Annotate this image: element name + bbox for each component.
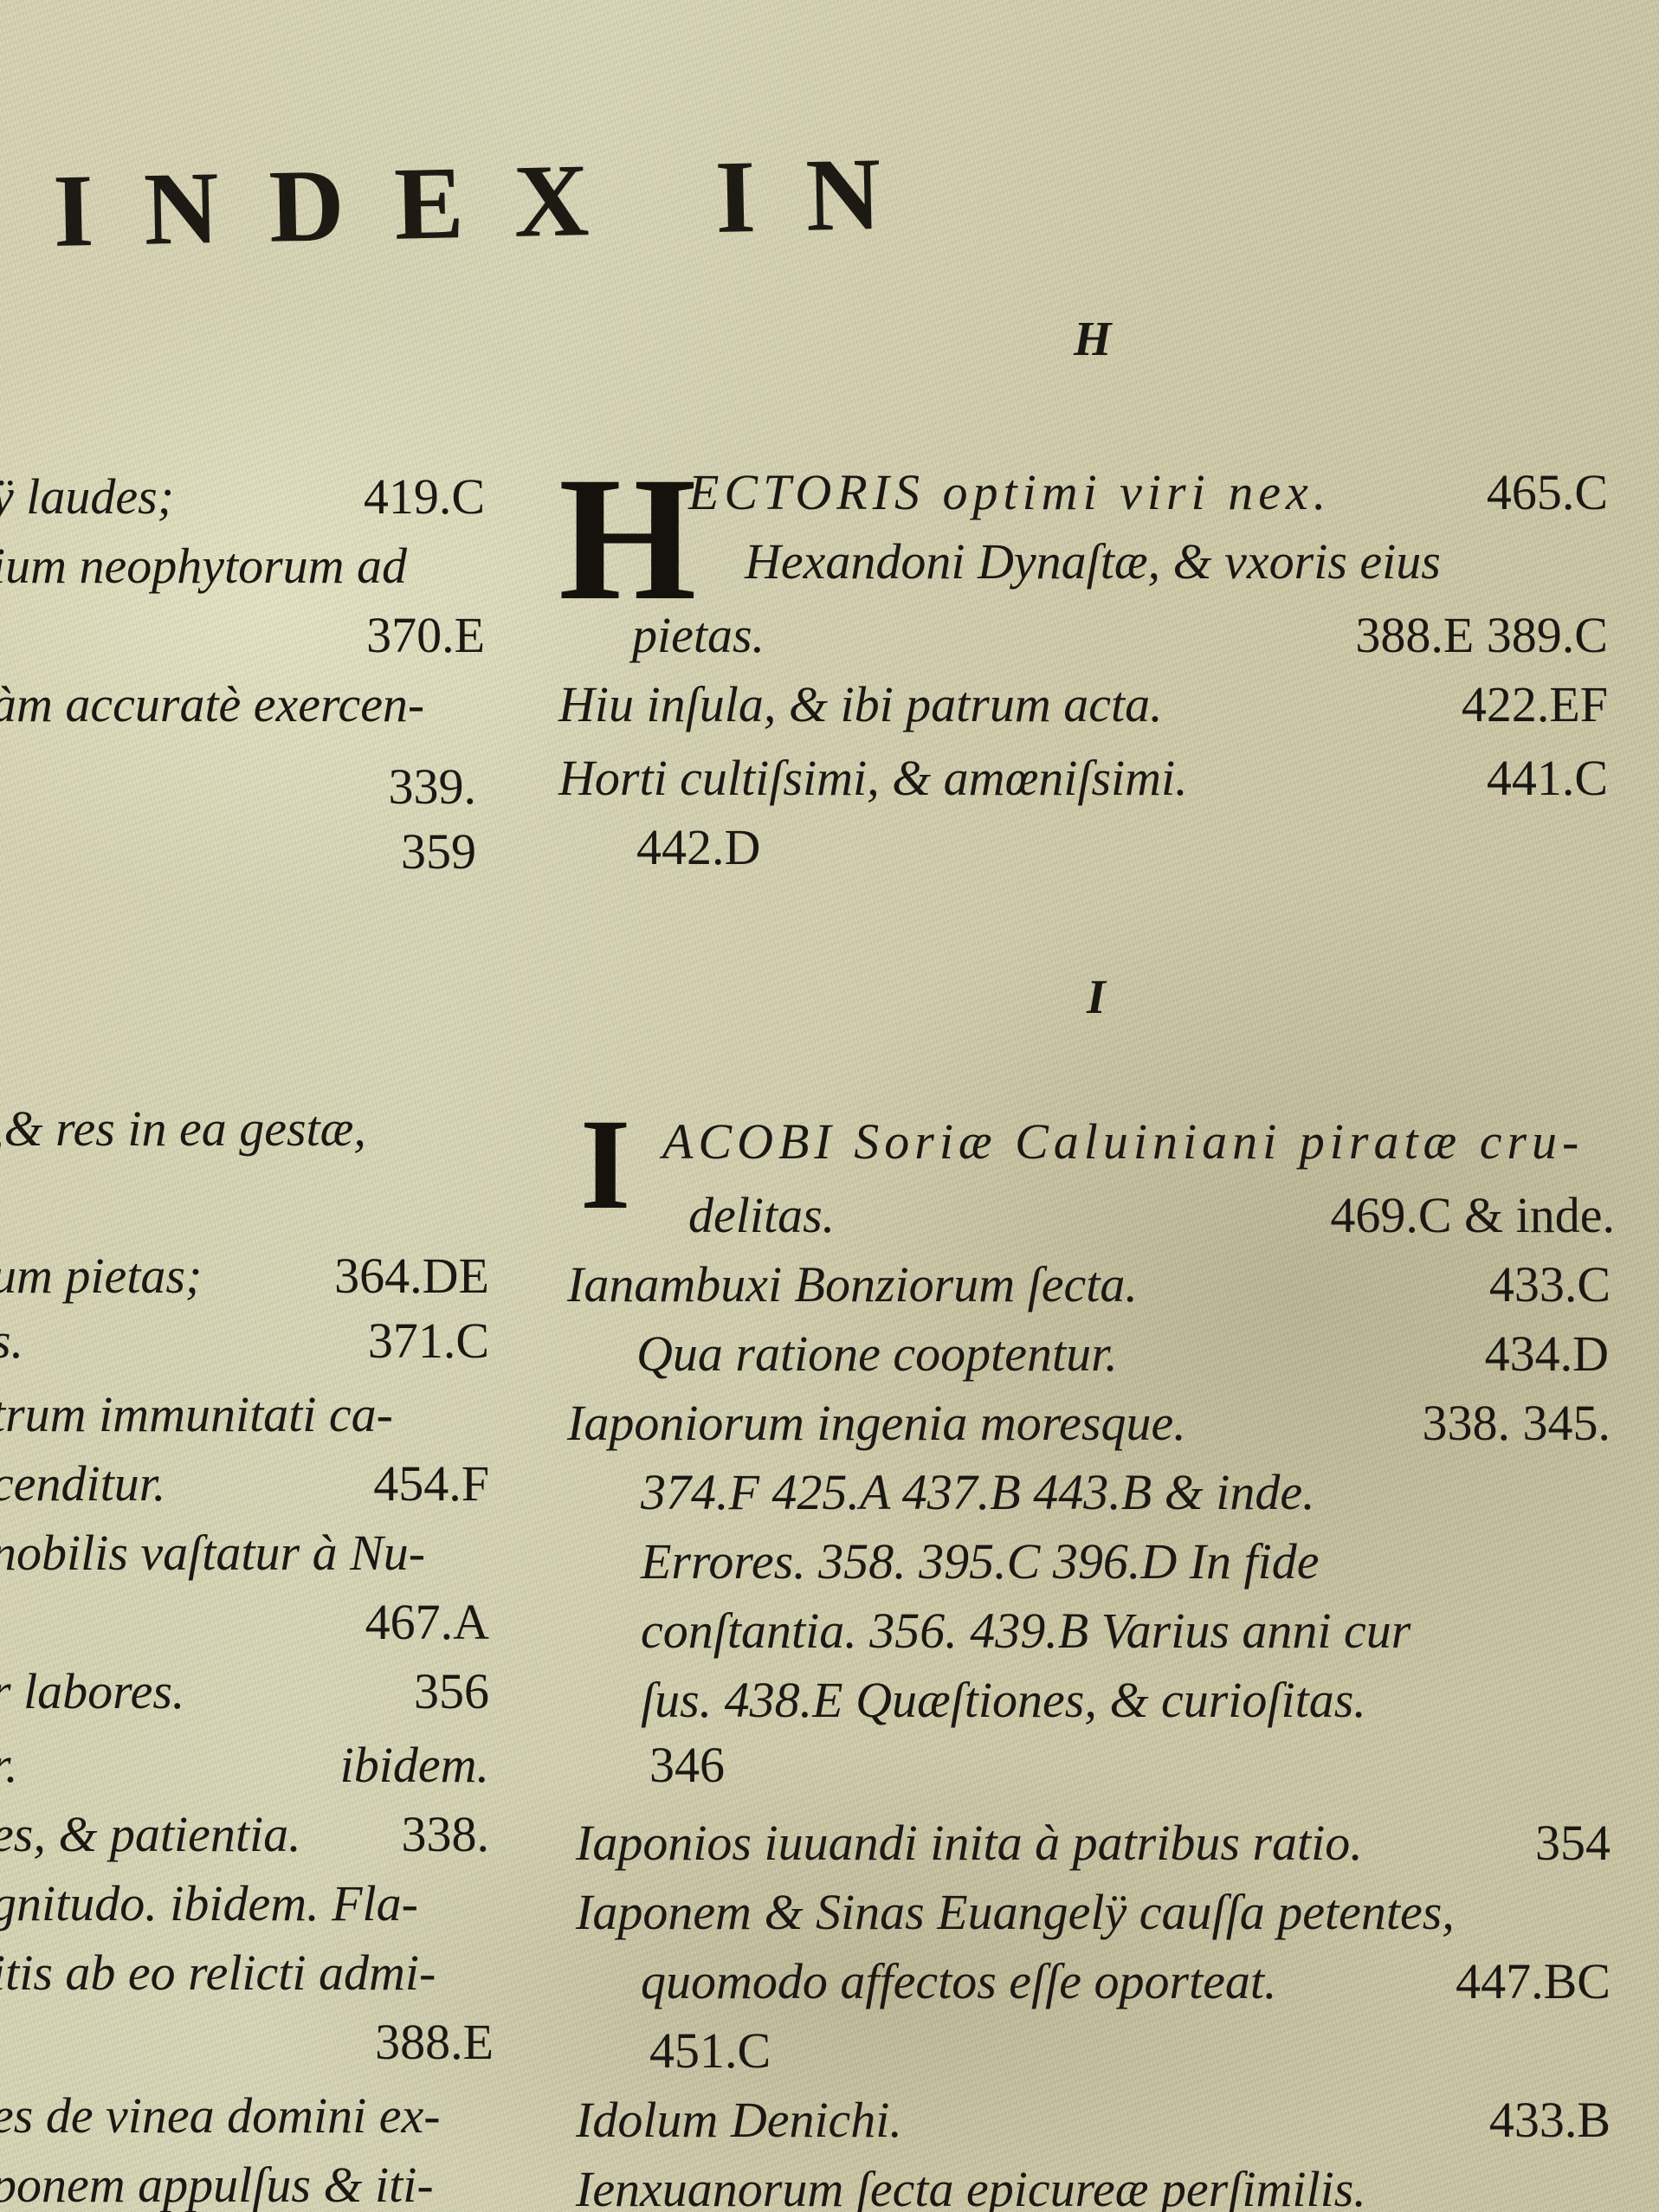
index-line: Iaponiorum ingenia moresque. 338. 345.: [567, 1398, 1611, 1448]
page-ref: 467.A: [365, 1594, 489, 1650]
index-line: es de vinea domini ex-: [0, 2091, 494, 2141]
entry-text: quomodo affectos eſſe oporteat.: [641, 1953, 1277, 2009]
entry-text: pietas.: [632, 607, 765, 663]
index-line: itis ab eo relicti admi-: [0, 1948, 489, 1998]
index-line: 467.A: [0, 1597, 489, 1648]
page-ref: 447.BC: [1456, 1957, 1611, 2007]
section-heading-i: I: [1087, 970, 1106, 1025]
index-line: quomodo affectos eſſe oporteat. 447.BC: [641, 1957, 1611, 2007]
entry-text: ium neophytorum ad: [0, 538, 407, 594]
entry-text: ,& res in ea gestæ,: [0, 1100, 366, 1157]
entry-text: Iaponiorum ingenia moresque.: [567, 1395, 1186, 1451]
index-line: Idolum Denichi. 433.B: [576, 2095, 1611, 2145]
entry-text: es, & patientia.: [0, 1806, 301, 1862]
index-line: Hexandoni Dynaſtæ, & vxoris eius: [745, 537, 1611, 587]
entry-text: Hiu inſula, & ibi patrum acta.: [558, 676, 1163, 732]
index-line: r labores. 356: [0, 1667, 489, 1717]
entry-text: Ianambuxi Bonziorum ſecta.: [567, 1256, 1138, 1312]
index-line: 346: [649, 1740, 909, 1790]
entry-text: ÿ laudes;: [0, 468, 174, 525]
index-line: Hiu inſula, & ibi patrum acta. 422.EF: [558, 680, 1608, 730]
entry-text: Iaponem & Sinas Euangelÿ cauſſa petentes…: [576, 1884, 1455, 1940]
page-ref: 451.C: [649, 2022, 771, 2079]
entry-text: cenditur.: [0, 1455, 165, 1512]
entry-text: gnitudo. ibidem. Fla-: [0, 1875, 418, 1931]
page-ref: 339.: [389, 758, 477, 815]
page-ref: 364.DE: [334, 1251, 489, 1301]
page-ref: 433.B: [1489, 2095, 1611, 2145]
index-line: Qua ratione cooptentur. 434.D: [636, 1329, 1609, 1379]
index-line: Horti cultiſsimi, & amœniſsimi. 441.C: [558, 753, 1608, 803]
page-ref: 419.C: [364, 472, 485, 522]
index-line: 339.: [0, 762, 476, 812]
index-line: 374.F 425.A 437.B 443.B & inde.: [641, 1467, 1611, 1518]
dropcap-i: I: [580, 1100, 630, 1229]
page-ref: 465.C: [1487, 464, 1608, 520]
entry-text: es de vinea domini ex-: [0, 2087, 441, 2144]
page-ref: 441.C: [1487, 753, 1608, 803]
index-line: pietas. 388.E 389.C: [632, 610, 1608, 661]
index-line: ACOBI Soriæ Caluiniani piratæ cru-: [662, 1117, 1615, 1167]
page-ref: 371.C: [368, 1316, 489, 1366]
entry-text: s.: [0, 1312, 23, 1369]
index-line: Iaponios iuuandi inita à patribus ratio.…: [576, 1818, 1611, 1868]
entry-text: Idolum Denichi.: [576, 2092, 902, 2148]
index-line: gnitudo. ibidem. Fla-: [0, 1879, 489, 1929]
entry-text: r labores.: [0, 1663, 184, 1719]
entry-text: ponem appulſus & iti-: [0, 2157, 434, 2212]
index-line: 359: [0, 827, 476, 877]
entry-text: ACOBI Soriæ Caluiniani piratæ cru-: [662, 1113, 1584, 1170]
entry-text: 374.F 425.A 437.B 443.B & inde.: [641, 1464, 1315, 1520]
entry-text: r.: [0, 1737, 18, 1793]
entry-text: trum immunitati ca-: [0, 1386, 393, 1442]
index-line: 451.C: [649, 2026, 909, 2076]
page-ref: 442.D: [636, 819, 760, 875]
entry-text: Qua ratione cooptentur.: [636, 1325, 1118, 1382]
index-line: trum immunitati ca-: [0, 1390, 489, 1440]
index-line: delitas. 469.C & inde.: [688, 1190, 1615, 1241]
page-ref: 359: [401, 823, 476, 880]
index-line: 370.E: [0, 610, 485, 661]
index-line: Ianambuxi Bonziorum ſecta. 433.C: [567, 1260, 1611, 1310]
index-line: Ienxuanorum ſecta epicureæ perſimilis.: [576, 2164, 1611, 2212]
index-line: conſtantia. 356. 439.B Varius anni cur: [641, 1606, 1611, 1656]
entry-text: nobilis vaſtatur à Nu-: [0, 1525, 425, 1581]
index-line: cenditur. 454.F: [0, 1459, 489, 1509]
page-ref: 338. 345.: [1423, 1398, 1611, 1448]
index-line: Errores. 358. 395.C 396.D In fide: [641, 1537, 1611, 1587]
page-ref: 354: [1535, 1818, 1611, 1868]
page-ref: 338.: [402, 1809, 490, 1860]
entry-text: delitas.: [688, 1187, 835, 1243]
book-page: INDEX IN ÿ laudes; 419.C ium neophytorum…: [0, 0, 1659, 2212]
index-line: ſus. 438.E Quæſtiones, & curioſitas.: [641, 1675, 1611, 1725]
entry-text: um pietas;: [0, 1248, 202, 1304]
entry-text: itis ab eo relicti admi-: [0, 1944, 436, 2001]
index-line: r. ibidem.: [0, 1740, 489, 1790]
entry-text: Iaponios iuuandi inita à patribus ratio.: [576, 1815, 1363, 1871]
page-ref: 346: [649, 1737, 725, 1793]
page-ref: 388.E 389.C: [1355, 610, 1608, 661]
index-line: 388.E: [0, 2017, 494, 2067]
index-line: s. 371.C: [0, 1316, 489, 1366]
index-line: nobilis vaſtatur à Nu-: [0, 1528, 489, 1578]
entry-text: Horti cultiſsimi, & amœniſsimi.: [558, 750, 1188, 806]
entry-text: àm accuratè exercen-: [0, 676, 424, 732]
section-heading-h: H: [1074, 312, 1112, 367]
index-line: es, & patientia. 338.: [0, 1809, 489, 1860]
index-line: ÿ laudes; 419.C: [0, 472, 485, 522]
page-ref: ibidem.: [340, 1740, 489, 1790]
index-line: ,& res in ea gestæ,: [0, 1104, 485, 1154]
page-ref: 356: [414, 1667, 489, 1717]
entry-text: conſtantia. 356. 439.B Varius anni cur: [641, 1603, 1410, 1659]
index-line: 442.D: [636, 822, 983, 873]
page-ref: 434.D: [1485, 1329, 1609, 1379]
entry-text: Ienxuanorum ſecta epicureæ perſimilis.: [576, 2161, 1366, 2212]
index-line: Iaponem & Sinas Euangelÿ cauſſa petentes…: [576, 1887, 1611, 1938]
page-ref: 388.E: [375, 2014, 494, 2070]
page-ref: 469.C & inde.: [1330, 1190, 1615, 1241]
page-ref: 422.EF: [1462, 680, 1608, 730]
index-line: ponem appulſus & iti-: [0, 2160, 494, 2210]
entry-text: ſus. 438.E Quæſtiones, & curioſitas.: [641, 1672, 1366, 1728]
page-ref: 370.E: [366, 607, 485, 663]
running-head: INDEX IN: [52, 133, 933, 271]
index-line: ium neophytorum ad: [0, 541, 485, 591]
index-line: um pietas; 364.DE: [0, 1251, 489, 1301]
page-ref: 454.F: [373, 1459, 489, 1509]
index-line: àm accuratè exercen-: [0, 680, 485, 730]
page-ref: 433.C: [1489, 1260, 1611, 1310]
index-line: 465.C: [558, 468, 1608, 518]
entry-text: Hexandoni Dynaſtæ, & vxoris eius: [745, 533, 1441, 590]
entry-text: Errores. 358. 395.C 396.D In fide: [641, 1533, 1320, 1590]
